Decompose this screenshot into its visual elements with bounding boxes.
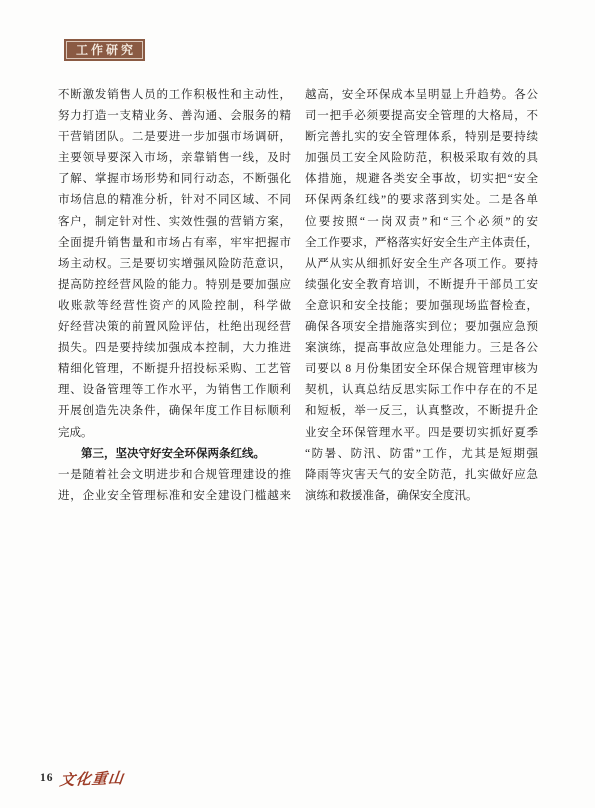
text-line: 理、设备管理等工作水平，为销售工作顺利 — [58, 380, 291, 401]
text-line: 损失。四是要持续加强成本控制，大力推进 — [58, 338, 291, 359]
text-line: 业安全环保管理水平。四是要切实抓好夏季 — [305, 423, 538, 444]
text-line: 全工作要求，严格落实好安全生产主体责任， — [305, 233, 538, 254]
text-line: 和短板，举一反三，认真整改，不断提升企 — [305, 401, 538, 422]
text-line: 全面提升销售量和市场占有率，牢牢把握市 — [58, 233, 291, 254]
text-line: 客户，制定针对性、实效性强的营销方案， — [58, 212, 291, 233]
text-line: 第三，坚决守好安全环保两条红线。 — [58, 444, 291, 465]
text-line: 主要领导要深入市场，亲靠销售一线，及时 — [58, 148, 291, 169]
text-line: 降雨等灾害天气的安全防范，扎实做好应急 — [305, 465, 538, 486]
page-footer: 16 文化重山 — [0, 766, 595, 796]
text-line: 收账款等经营性资产的风险控制，科学做 — [58, 296, 291, 317]
text-line: 完成。 — [58, 423, 291, 444]
text-line: 场主动权。三是要切实增强风险防范意识， — [58, 254, 291, 275]
text-line: 不断激发销售人员的工作积极性和主动性， — [58, 85, 291, 106]
text-line: 司一把手必须要提高安全管理的大格局，不 — [305, 106, 538, 127]
page-number: 16 — [40, 772, 54, 784]
text-line: 加强员工安全风险防范，积极采取有效的具 — [305, 148, 538, 169]
text-line: 精细化管理，不断提升招投标采购、工艺管 — [58, 359, 291, 380]
text-line: 契机，认真总结反思实际工作中存在的不足 — [305, 380, 538, 401]
text-line: 续强化安全教育培训，不断提升干部员工安 — [305, 275, 538, 296]
text-line: 干营销团队。二是要进一步加强市场调研， — [58, 127, 291, 148]
text-line: 提高防控经营风险的能力。特别是要加强应 — [58, 275, 291, 296]
text-line: 司要以 8 月份集团安全环保合规管理审核为 — [305, 359, 538, 380]
right-column: 越高，安全环保成本呈明显上升趋势。各公司一把手必须要提高安全管理的大格局，不断完… — [305, 85, 538, 507]
text-line: 断完善扎实的安全管理体系，特别是要持续 — [305, 127, 538, 148]
article-body: 不断激发销售人员的工作积极性和主动性，努力打造一支精业务、善沟通、会服务的精干营… — [58, 85, 538, 507]
text-line: 好经营决策的前置风险评估，杜绝出现经营 — [58, 317, 291, 338]
text-line: 市场信息的精准分析，针对不同区域、不同 — [58, 190, 291, 211]
section-tag: 工作研究 — [64, 39, 145, 61]
text-line: 环保两条红线”的要求落到实处。二是各单 — [305, 190, 538, 211]
left-column: 不断激发销售人员的工作积极性和主动性，努力打造一支精业务、善沟通、会服务的精干营… — [58, 85, 291, 507]
text-line: 全意识和安全技能；要加强现场监督检查， — [305, 296, 538, 317]
text-line: 开展创造先决条件，确保年度工作目标顺利 — [58, 401, 291, 422]
text-line: 努力打造一支精业务、善沟通、会服务的精 — [58, 106, 291, 127]
text-line: 确保各项安全措施落实到位；要加强应急预 — [305, 317, 538, 338]
journal-logo: 文化重山 — [59, 767, 126, 790]
text-line: 越高，安全环保成本呈明显上升趋势。各公 — [305, 85, 538, 106]
text-line: 演练和救援准备，确保安全度汛。 — [305, 486, 538, 507]
text-line: 进，企业安全管理标准和安全建设门槛越来 — [58, 486, 291, 507]
text-line: 位要按照“一岗双责”和“三个必须”的安 — [305, 212, 538, 233]
text-line: “防暑、防汛、防雷”工作，尤其是短期强 — [305, 444, 538, 465]
text-line: 了解、掌握市场形势和同行动态，不断强化 — [58, 169, 291, 190]
journal-page: 工作研究 不断激发销售人员的工作积极性和主动性，努力打造一支精业务、善沟通、会服… — [0, 0, 595, 808]
text-line: 案演练，提高事故应急处理能力。三是各公 — [305, 338, 538, 359]
text-line: 一是随着社会文明进步和合规管理建设的推 — [58, 465, 291, 486]
text-line: 从严从实从细抓好安全生产各项工作。要持 — [305, 254, 538, 275]
text-line: 体措施，规避各类安全事故，切实把“安全 — [305, 169, 538, 190]
